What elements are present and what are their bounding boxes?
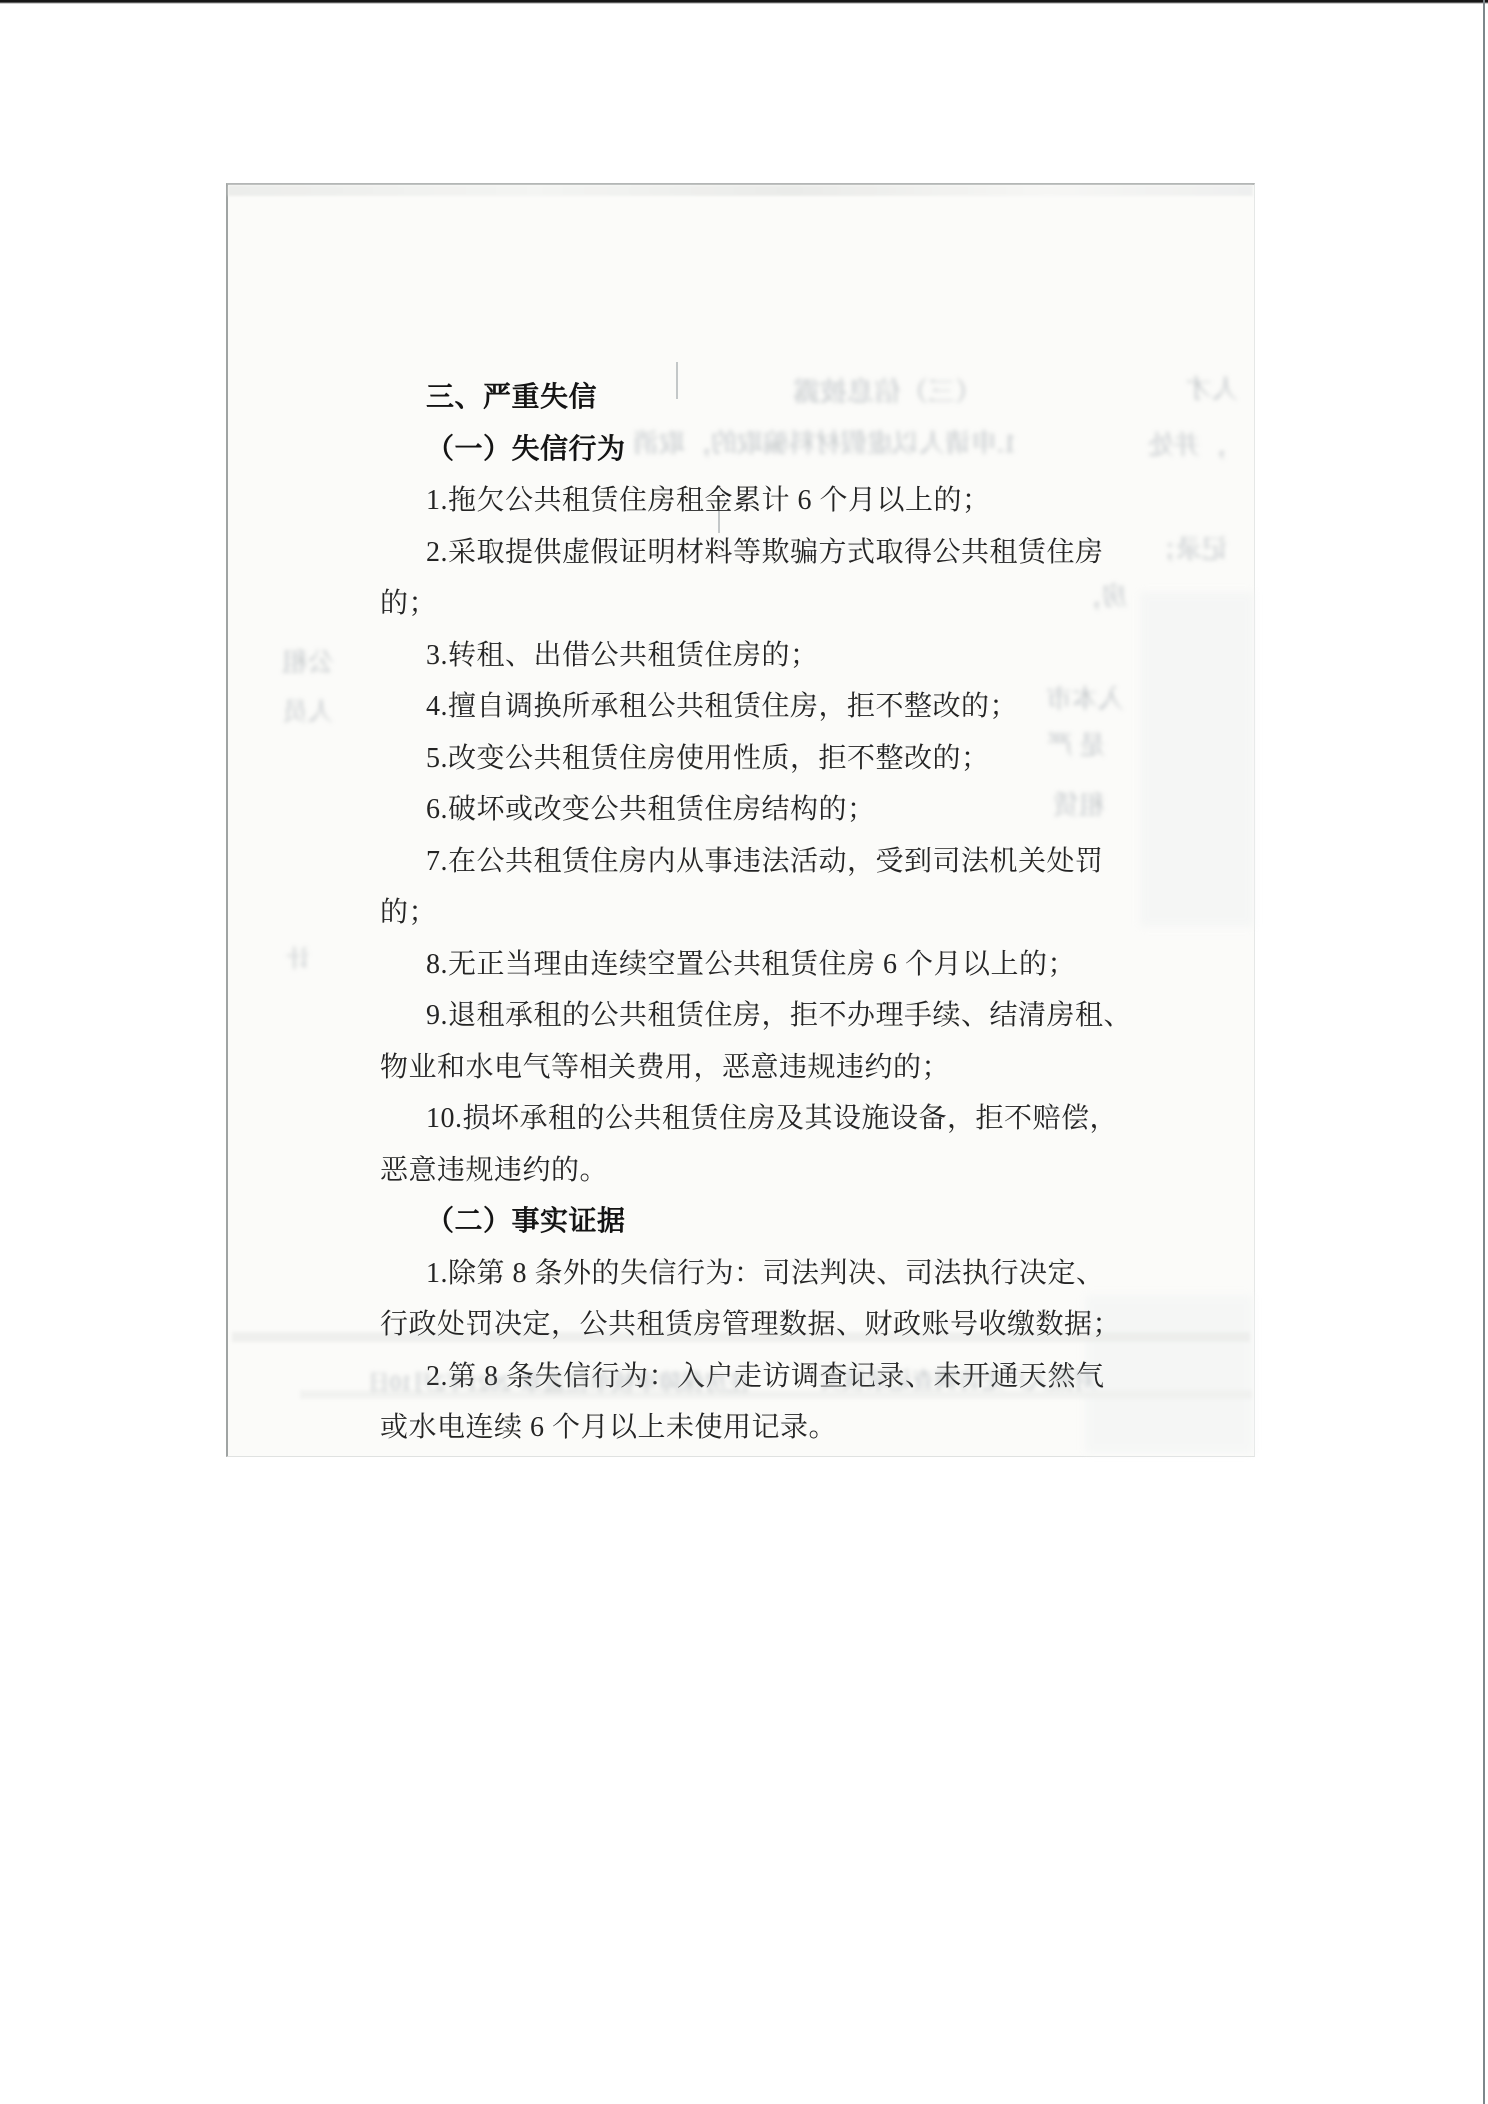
list-item: 4.擅自调换所承租公共租赁住房，拒不整改的； xyxy=(380,681,1132,733)
bleedthrough-smudge: （三）信息披露 xyxy=(793,370,982,409)
list-item: 6.破坏或改变公共租赁住房结构的； xyxy=(380,784,1132,836)
scanned-document-screenshot: 三、严重失信（一）失信行为1.拖欠公共租赁住房租金累计 6 个月以上的；2.采取… xyxy=(0,0,1488,2104)
screenshot-top-border xyxy=(0,0,1488,4)
list-item-continuation: 行政处罚决定，公共租赁房管理数据、财政账号收缴数据； xyxy=(380,1299,1132,1351)
subsection-heading: （二）事实证据 xyxy=(380,1196,1132,1248)
scan-streak xyxy=(228,185,1253,196)
list-item-continuation: 物业和水电气等相关费用，恶意违规违约的； xyxy=(380,1042,1132,1094)
bleedthrough-smudge: ，并处 xyxy=(1148,425,1226,462)
bleedthrough-smudge: 人员 xyxy=(283,692,333,728)
list-item: 8.无正当理由连续空置公共租赁住房 6 个月以上的； xyxy=(380,939,1132,991)
list-item: 1.除第 8 条外的失信行为：司法判决、司法执行决定、 xyxy=(380,1248,1132,1300)
bleedthrough-smudge: 人才 xyxy=(1186,369,1238,406)
bleedthrough-smudge: 2021年2月10日 xyxy=(368,1366,511,1397)
list-item-continuation: 的； xyxy=(380,578,1132,630)
screenshot-right-border xyxy=(1483,0,1485,2104)
list-item: 5.改变公共租赁住房使用性质，拒不整改的； xyxy=(380,733,1132,785)
document-text-block: 三、严重失信（一）失信行为1.拖欠公共租赁住房租金累计 6 个月以上的；2.采取… xyxy=(380,372,1132,1454)
list-item: 9.退租承租的公共租赁住房，拒不办理手续、结清房租、 xyxy=(380,990,1132,1042)
list-item: 1.拖欠公共租赁住房租金累计 6 个月以上的； xyxy=(380,475,1132,527)
list-item: 7.在公共租赁住房内从事违法活动，受到司法机关处罚 xyxy=(380,836,1132,888)
bleedthrough-smudge: 是 严 xyxy=(1047,725,1106,762)
bleedthrough-smudge: 住房保障审核单位盖章 xyxy=(520,1364,750,1397)
list-item: 2.采取提供虚假证明材料等欺骗方式取得公共租赁住房 xyxy=(380,527,1132,579)
list-item: 10.损坏承租的公共租赁住房及其设施设备，拒不赔偿， xyxy=(380,1093,1132,1145)
bleedthrough-smudge: 公租 xyxy=(282,642,334,679)
bleedthrough-smudge: 入本市 xyxy=(1046,679,1124,716)
bleedthrough-smudge: 对照入户走访调查记录核实 xyxy=(820,1362,1096,1395)
bleedthrough-smudge: 计 xyxy=(286,939,310,974)
list-item-continuation: 或水电连续 6 个月以上未使用记录。 xyxy=(380,1402,1132,1454)
bleedthrough-smudge: 房， xyxy=(1075,576,1127,613)
bleedthrough-smudge: 1.申请人以虚假材料骗取的，取消 xyxy=(633,423,1017,460)
list-item: 3.转租、出借公共租赁住房的； xyxy=(380,630,1132,682)
list-item-continuation: 恶意违规违约的。 xyxy=(380,1145,1132,1197)
list-item-continuation: 的； xyxy=(380,887,1132,939)
bleedthrough-smudge: 记录； xyxy=(1150,529,1228,566)
scan-mottle xyxy=(1140,592,1254,927)
section-heading: 三、严重失信 xyxy=(380,372,1132,424)
bleedthrough-smudge: 租赁 xyxy=(1053,785,1105,822)
